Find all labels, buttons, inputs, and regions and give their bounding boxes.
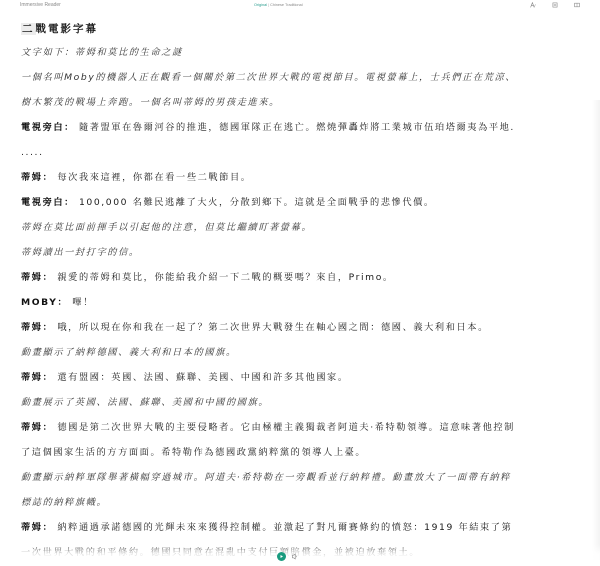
transcript-line: 一個名叫Moby的機器人正在觀看一個關於第二次世界大戰的電視節目。電視螢幕上，士… bbox=[21, 65, 581, 90]
speaker-label: 蒂姆： bbox=[21, 522, 53, 533]
reader-content: 二戰電影字幕 文字如下：蒂姆和莫比的生命之謎 一個名叫Moby的機器人正在觀看一… bbox=[21, 18, 581, 565]
toolbar-icons bbox=[530, 2, 580, 8]
original-language-option[interactable]: Original bbox=[254, 3, 267, 7]
transcript-line: 蒂姆：納粹通過承諾德國的光輝未來來獲得控制權。並激起了對凡爾賽條約的憤怒：191… bbox=[21, 515, 581, 540]
speaker-label: 蒂姆： bbox=[21, 372, 53, 383]
transcript-line: ..... bbox=[21, 140, 581, 165]
transcript-line: 動畫顯示納粹軍隊舉著橫幅穿過城市。阿道夫·希特勒在一旁觀看並行納粹禮。動畫放大了… bbox=[21, 465, 581, 490]
play-icon bbox=[279, 554, 284, 559]
top-bar: Immersive Reader Original|Chinese Tradit… bbox=[0, 0, 600, 12]
transcript-line: 文字如下：蒂姆和莫比的生命之謎 bbox=[21, 40, 581, 65]
play-button[interactable] bbox=[277, 552, 286, 561]
transcript-line: MOBY：嗶！ bbox=[21, 290, 581, 315]
transcript-line: 標誌的納粹旗幟。 bbox=[21, 490, 581, 515]
document-title: 二戰電影字幕 bbox=[21, 18, 581, 40]
transcript-line: 蒂姆：每次我來這裡，你都在看一些二戰節目。 bbox=[21, 165, 581, 190]
speaker-label: 電視旁白： bbox=[21, 197, 75, 208]
playback-controls bbox=[277, 552, 298, 561]
speaker-label: MOBY： bbox=[21, 297, 68, 308]
voice-settings-button[interactable] bbox=[291, 553, 298, 560]
translated-language-option[interactable]: Chinese Traditional bbox=[270, 3, 303, 7]
transcript-line: 蒂姆：哦，所以現在你和我在一起了？第二次世界大戰發生在軸心國之間：德國、義大利和… bbox=[21, 315, 581, 340]
reading-preferences-icon[interactable] bbox=[574, 2, 580, 8]
text-preferences-icon[interactable] bbox=[530, 2, 536, 8]
transcript-line: 蒂姆：還有盟國：英國、法國、蘇聯、美國、中國和許多其他國家。 bbox=[21, 365, 581, 390]
transcript-line: 蒂姆：親愛的蒂姆和莫比，你能給我介紹一下二戰的概要嗎？來自，Primo。 bbox=[21, 265, 581, 290]
transcript-line: 了這個國家生活的方方面面。希特勒作為德國政黨納粹黨的領導人上臺。 bbox=[21, 440, 581, 465]
speaker-label: 電視旁白： bbox=[21, 122, 75, 133]
transcript-line: 動畫顯示了納粹德國、義大利和日本的國旗。 bbox=[21, 340, 581, 365]
transcript-line: 電視旁白：隨著盟軍在魯爾河谷的推進，德國軍隊正在逃亡。燃燒彈轟炸將工業城市伍珀塔… bbox=[21, 115, 581, 140]
voice-settings-icon bbox=[291, 553, 298, 560]
title-rest: 戰電影字幕 bbox=[36, 23, 99, 35]
scrollbar-track[interactable] bbox=[592, 100, 600, 560]
app-title: Immersive Reader bbox=[20, 2, 61, 8]
transcript-line: 樹木繁茂的戰場上奔跑。一個名叫蒂姆的男孩走進來。 bbox=[21, 90, 581, 115]
speaker-label: 蒂姆： bbox=[21, 322, 53, 333]
language-separator: | bbox=[268, 3, 269, 7]
title-highlighted-char[interactable]: 二 bbox=[21, 23, 36, 35]
speaker-label: 蒂姆： bbox=[21, 272, 53, 283]
speaker-label: 蒂姆： bbox=[21, 172, 53, 183]
transcript-line: 電視旁白：100,000 名難民逃離了大火，分散到鄉下。這就是全面戰爭的悲慘代價… bbox=[21, 190, 581, 215]
transcript-line: 蒂姆讀出一封打字的信。 bbox=[21, 240, 581, 265]
transcript-line: 蒂姆在莫比面前揮手以引起他的注意，但莫比繼續盯著螢幕。 bbox=[21, 215, 581, 240]
speaker-label: 蒂姆： bbox=[21, 422, 53, 433]
bottom-fade bbox=[0, 544, 600, 566]
transcript-line: 動畫展示了英國、法國、蘇聯、美國和中國的國旗。 bbox=[21, 390, 581, 415]
language-toggle[interactable]: Original|Chinese Traditional bbox=[254, 3, 303, 7]
transcript-line: 蒂姆：德國是第二次世界大戰的主要侵略者。它由極權主義獨裁者阿道夫·希特勒領導。這… bbox=[21, 415, 581, 440]
grammar-options-icon[interactable] bbox=[552, 2, 558, 8]
